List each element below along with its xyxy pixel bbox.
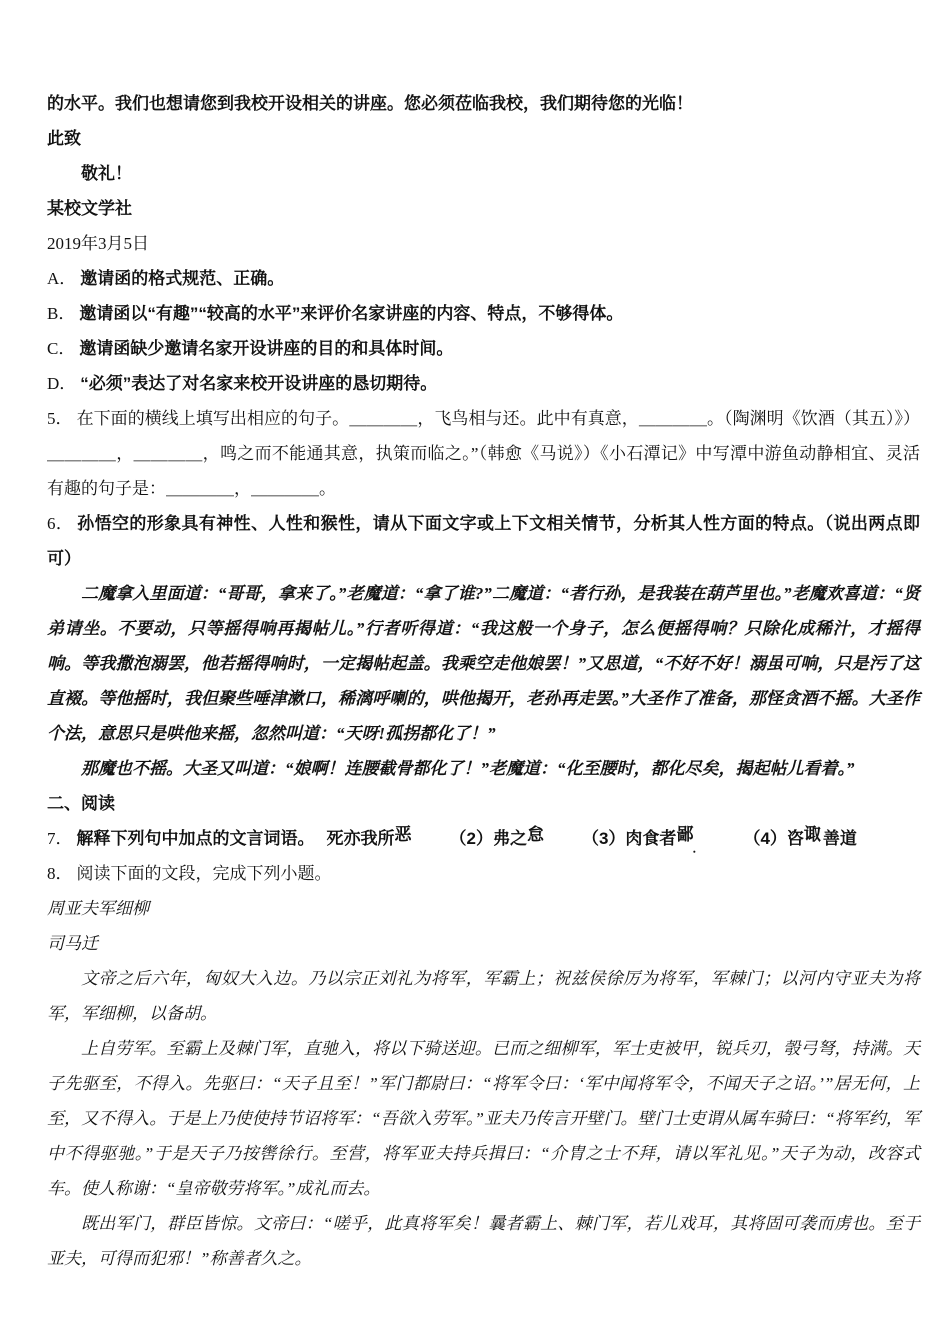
letter-regards: 敬礼！: [47, 156, 920, 191]
question-6-passage-1: 二魔拿入里面道：“哥哥，拿来了。”老魔道：“拿了谁?”二魔道：“者行孙，是我装在…: [47, 576, 920, 751]
letter-body-line: 的水平。我们也想请您到我校开设相关的讲座。您必须莅临我校，我们期待您的光临！: [47, 86, 920, 121]
letter-date: 2019年3月5日: [47, 226, 920, 261]
exam-paper-page: 的水平。我们也想请您到我校开设相关的讲座。您必须莅临我校，我们期待您的光临！ 此…: [0, 0, 950, 1344]
option-d: D．“必须”表达了对名家来校开设讲座的恳切期待。: [47, 366, 920, 401]
option-c: C．邀请函缺少邀请名家开设讲座的目的和具体时间。: [47, 331, 920, 366]
option-a-text: 邀请函的格式规范、正确。: [80, 269, 284, 288]
section-2-heading: 二、阅读: [47, 786, 920, 821]
question-8-stem: 8．阅读下面的文段，完成下列小题。: [47, 856, 920, 891]
question-7-item-1: 死亦我所恶: [327, 829, 414, 848]
passage-paragraph-1: 文帝之后六年，匈奴大入边。乃以宗正刘礼为将军，军霸上；祝兹侯徐厉为将军，军棘门；…: [47, 961, 920, 1031]
passage-paragraph-2: 上自劳军。至霸上及棘门军，直驰入，将以下骑送迎。已而之细柳军，军士吏被甲，锐兵刃…: [47, 1031, 920, 1206]
question-8-stem-text: 阅读下面的文段，完成下列小题。: [77, 864, 332, 883]
passage-author: 司马迁: [47, 926, 920, 961]
option-d-text: “必须”表达了对名家来校开设讲座的恳切期待。: [80, 374, 437, 393]
question-5-number: 5．: [47, 409, 73, 428]
question-7-number: 7．: [47, 829, 73, 848]
passage-paragraph-3: 既出军门，群臣皆惊。文帝曰：“嗟乎，此真将军矣！曩者霸上、棘门军，若儿戏耳，其将…: [47, 1206, 920, 1276]
question-5-text: 在下面的横线上填写出相应的句子。＿＿＿＿，飞鸟相与还。此中有真意，＿＿＿＿。（陶…: [47, 409, 920, 498]
option-a: A．邀请函的格式规范、正确。: [47, 261, 920, 296]
letter-signer: 某校文学社: [47, 191, 920, 226]
question-7-stem: 解释下列句中加点的文言词语。: [77, 829, 315, 848]
question-7-item-4: （4）咨诹善道: [743, 829, 856, 848]
question-6-passage-2: 那魔也不摇。大圣又叫道：“娘啊！连腰截骨都化了！”老魔道：“化至腰时，都化尽矣，…: [47, 751, 920, 786]
question-6-stem: 6．孙悟空的形象具有神性、人性和猴性，请从下面文字或上下文相关情节，分析其人性方…: [47, 506, 920, 576]
question-8-number: 8．: [47, 864, 73, 883]
option-c-text: 邀请函缺少邀请名家开设讲座的目的和具体时间。: [79, 339, 453, 358]
question-6-stem-text: 孙悟空的形象具有神性、人性和猴性，请从下面文字或上下文相关情节，分析其人性方面的…: [47, 514, 920, 568]
question-7-item-2: （2）弗之怠: [450, 829, 546, 848]
question-7: 7．解释下列句中加点的文言词语。死亦我所恶（2）弗之怠（3）肉食者鄙．（4）咨诹…: [47, 821, 920, 856]
option-a-label: A．: [47, 269, 76, 288]
option-d-label: D．: [47, 374, 76, 393]
dotted-char: 诹: [804, 825, 821, 844]
option-b-label: B．: [47, 304, 75, 323]
letter-salutation: 此致: [47, 121, 920, 156]
dotted-char: 鄙: [676, 825, 693, 844]
question-7-item-3: （3）肉食者鄙．: [582, 829, 707, 848]
question-6-number: 6．: [47, 514, 73, 533]
option-b-text: 邀请函以“有趣”“较高的水平”来评价名家讲座的内容、特点，不够得体。: [79, 304, 623, 323]
question-5: 5．在下面的横线上填写出相应的句子。＿＿＿＿，飞鸟相与还。此中有真意，＿＿＿＿。…: [47, 401, 920, 506]
option-c-label: C．: [47, 339, 75, 358]
option-b: B．邀请函以“有趣”“较高的水平”来评价名家讲座的内容、特点，不够得体。: [47, 296, 920, 331]
dotted-char: 恶: [395, 825, 412, 844]
passage-title: 周亚夫军细柳: [47, 891, 920, 926]
dotted-char: 怠: [527, 825, 544, 844]
